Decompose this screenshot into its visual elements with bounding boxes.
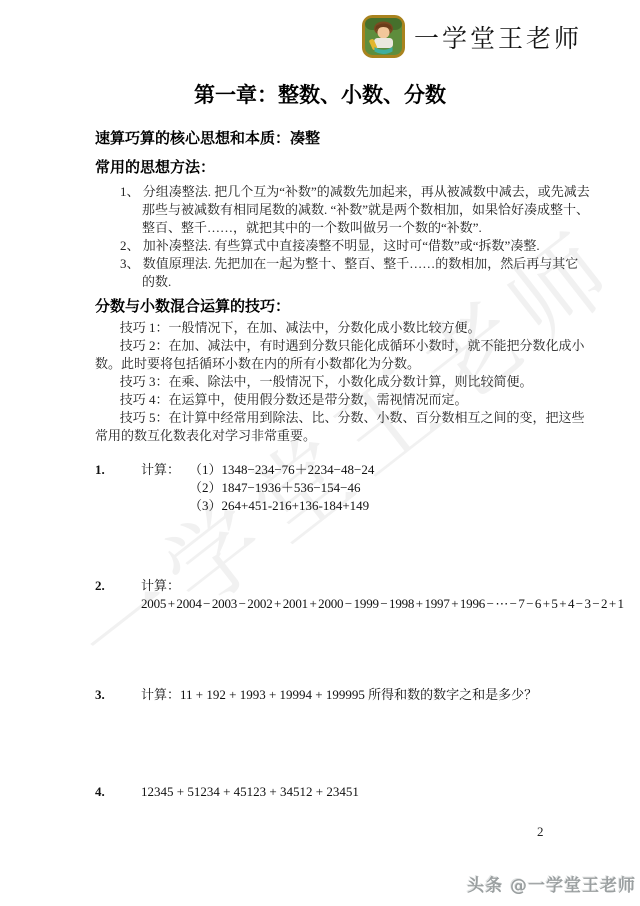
problem-1-label: 计算： xyxy=(141,461,189,515)
method-item-3: 3、 数值原理法. 先把加在一起为整十、整百、整千……的数相加，然后再与其它的数… xyxy=(95,255,590,291)
problem-2-label: 计算： xyxy=(141,578,180,593)
tip-item-1: 技巧 1：一般情况下，在加、减法中，分数化成小数比较方便。 xyxy=(95,319,590,337)
problem-2-formula: 2005 + 2004 − 2003 − 2002 + 2001 + 2000 … xyxy=(141,595,590,613)
problems-section: 1. 计算： （1）1348−234−76＋2234−48−24 （2）1847… xyxy=(95,461,590,801)
brand-name: 一学堂王老师 xyxy=(414,19,582,55)
problem-2: 2. 计算： 2005 + 2004 − 2003 − 2002 + 2001 … xyxy=(95,577,590,613)
problem-3-question: 11 + 192 + 1993 + 19994 + 199995 所得和数的数字… xyxy=(180,687,537,702)
footer-credit: 头条 @一学堂王老师 xyxy=(467,871,636,896)
problem-2-number: 2. xyxy=(95,577,141,613)
page-number: 2 xyxy=(537,824,544,840)
problem-1-line-1: （1）1348−234−76＋2234−48−24 xyxy=(189,461,374,479)
problem-1-line-3: （3）264+451-216+136-184+149 xyxy=(189,497,374,515)
problem-4-number: 4. xyxy=(95,783,141,801)
tip-item-2: 技巧 2：在加、减法中，有时遇到分数只能化成循环小数时，就不能把分数化成小数。此… xyxy=(95,337,590,373)
problem-3-label: 计算： xyxy=(141,687,180,702)
tips-list: 技巧 1：一般情况下，在加、减法中，分数化成小数比较方便。 技巧 2：在加、减法… xyxy=(95,319,590,445)
problem-1-equations: （1）1348−234−76＋2234−48−24 （2）1847−1936＋5… xyxy=(189,461,374,515)
problem-1: 1. 计算： （1）1348−234−76＋2234−48−24 （2）1847… xyxy=(95,461,590,515)
problem-1-number: 1. xyxy=(95,461,141,515)
methods-list: 1、 分组凑整法. 把几个互为“补数”的减数先加起来，再从被减数中减去，或先减去… xyxy=(95,183,590,291)
chapter-title: 第一章：整数、小数、分数 xyxy=(50,82,590,108)
problem-1-line-2: （2）1847−1936＋536−154−46 xyxy=(189,479,374,497)
tip-item-4: 技巧 4：在运算中，使用假分数还是带分数，需视情况而定。 xyxy=(95,391,590,409)
document-body: 第一章：整数、小数、分数 速算巧算的核心思想和本质：凑整 常用的思想方法： 1、… xyxy=(0,0,640,801)
problem-4: 4. 12345 + 51234 + 45123 + 34512 + 23451 xyxy=(95,783,590,801)
core-idea-line: 速算巧算的核心思想和本质：凑整 xyxy=(95,129,590,148)
methods-heading: 常用的思想方法： xyxy=(95,158,590,177)
problem-4-formula: 12345 + 51234 + 45123 + 34512 + 23451 xyxy=(141,784,359,799)
brand-logo-icon xyxy=(362,15,405,58)
method-item-2: 2、 加补凑整法. 有些算式中直接凑整不明显，这时可“借数”或“拆数”凑整. xyxy=(95,237,590,255)
method-item-1: 1、 分组凑整法. 把几个互为“补数”的减数先加起来，再从被减数中减去，或先减去… xyxy=(95,183,590,237)
tip-item-5: 技巧 5：在计算中经常用到除法、比、分数、小数、百分数相互之间的变，把这些常用的… xyxy=(95,409,590,445)
tips-heading: 分数与小数混合运算的技巧： xyxy=(95,297,590,316)
brand-header: 一学堂王老师 xyxy=(362,15,582,58)
worksheet-page: 一学堂王老师 一学堂王老师 第一章：整数、小数、分数 速算巧算的核心思想和本质：… xyxy=(0,0,640,906)
problem-3-number: 3. xyxy=(95,686,141,704)
problem-3: 3. 计算：11 + 192 + 1993 + 19994 + 199995 所… xyxy=(95,686,590,704)
tip-item-3: 技巧 3：在乘、除法中，一般情况下，小数化成分数计算，则比较简便。 xyxy=(95,373,590,391)
